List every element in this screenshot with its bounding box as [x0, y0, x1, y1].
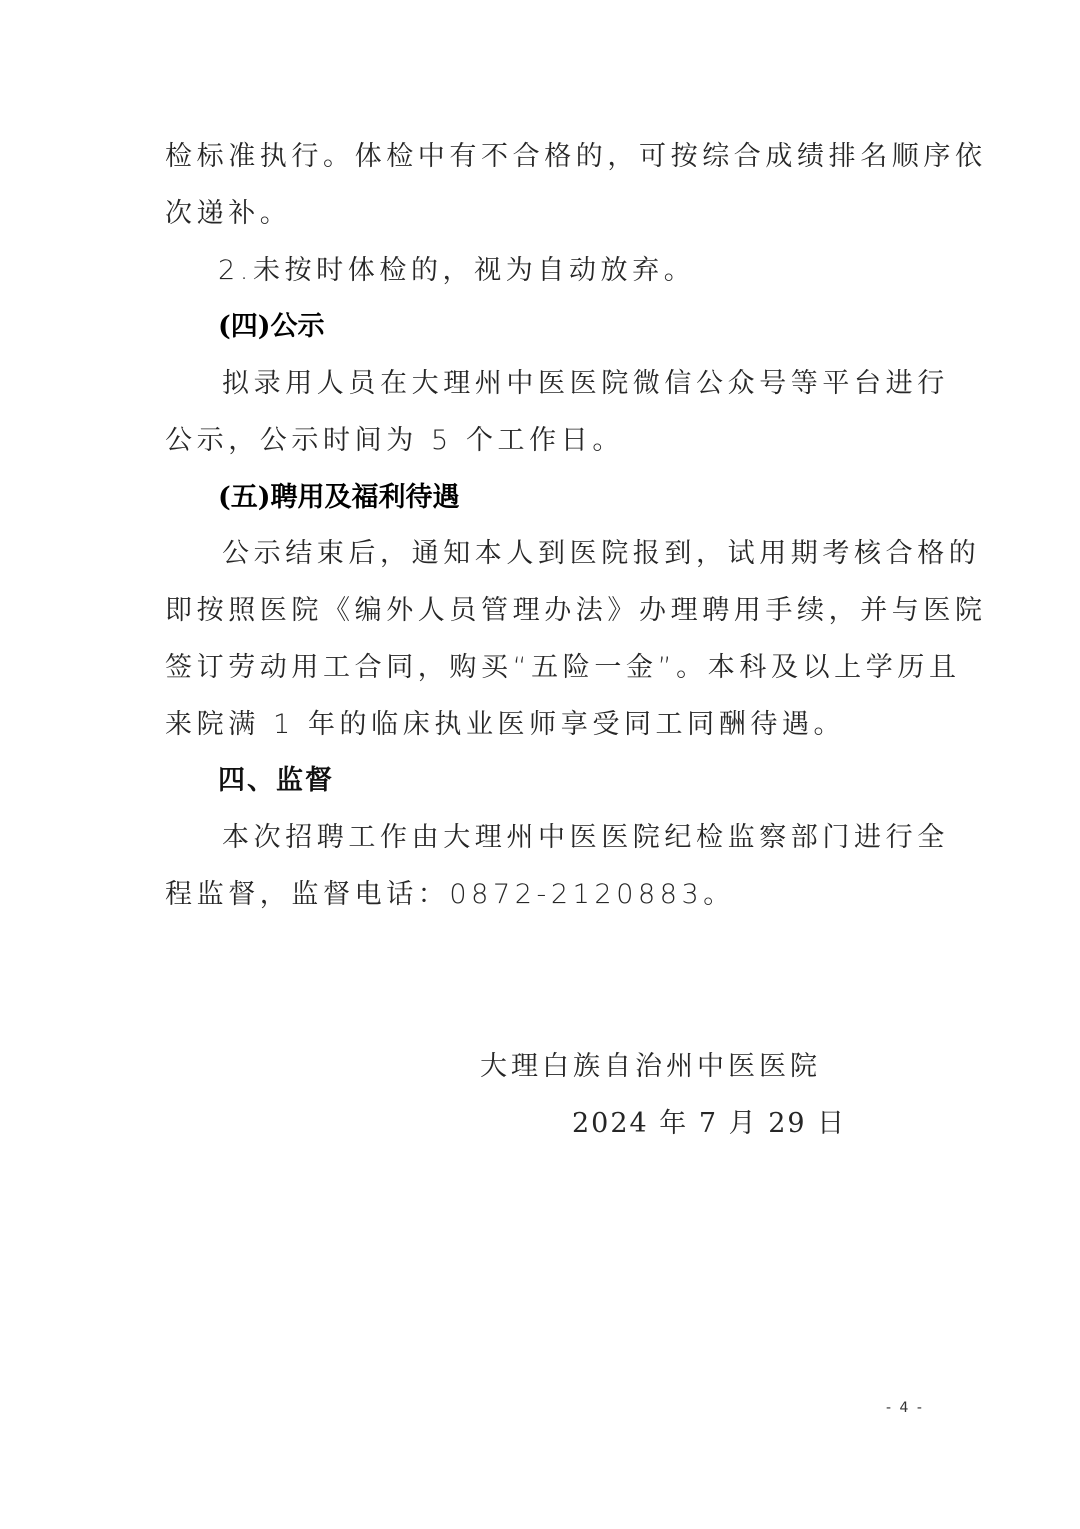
section-heading-supervision: 四、监督 — [218, 761, 978, 801]
paragraph-line: 公示，公示时间为 5 个工作日。 — [165, 421, 925, 461]
paragraph-line: 即按照医院《编外人员管理办法》办理聘用手续，并与医院 — [165, 591, 925, 631]
section-heading-employment: (五)聘用及福利待遇 — [218, 478, 978, 518]
paragraph-line: 拟录用人员在大理州中医医院微信公众号等平台进行 — [222, 364, 982, 404]
signature-date: 2024 年 7 月 29 日 — [572, 1104, 846, 1144]
paragraph-line: 2.未按时体检的，视为自动放弃。 — [218, 251, 978, 291]
paragraph-line: 次递补。 — [165, 194, 925, 234]
page-number: - 4 - — [886, 1400, 924, 1416]
section-heading-publicity: (四)公示 — [218, 307, 978, 347]
signature-organization: 大理白族自治州中医医院 — [480, 1047, 821, 1087]
paragraph-line: 本次招聘工作由大理州中医医院纪检监察部门进行全 — [222, 818, 982, 858]
document-page: 检标准执行。体检中有不合格的，可按综合成绩排名顺序依 次递补。 2.未按时体检的… — [0, 0, 1080, 1529]
paragraph-line: 来院满 1 年的临床执业医师享受同工同酬待遇。 — [165, 705, 925, 745]
paragraph-line: 检标准执行。体检中有不合格的，可按综合成绩排名顺序依 — [165, 137, 925, 177]
paragraph-line: 签订劳动用工合同，购买“五险一金”。本科及以上学历且 — [165, 648, 925, 688]
paragraph-line: 程监督，监督电话：0872-2120883。 — [165, 875, 925, 915]
paragraph-line: 公示结束后，通知本人到医院报到，试用期考核合格的 — [222, 534, 982, 574]
